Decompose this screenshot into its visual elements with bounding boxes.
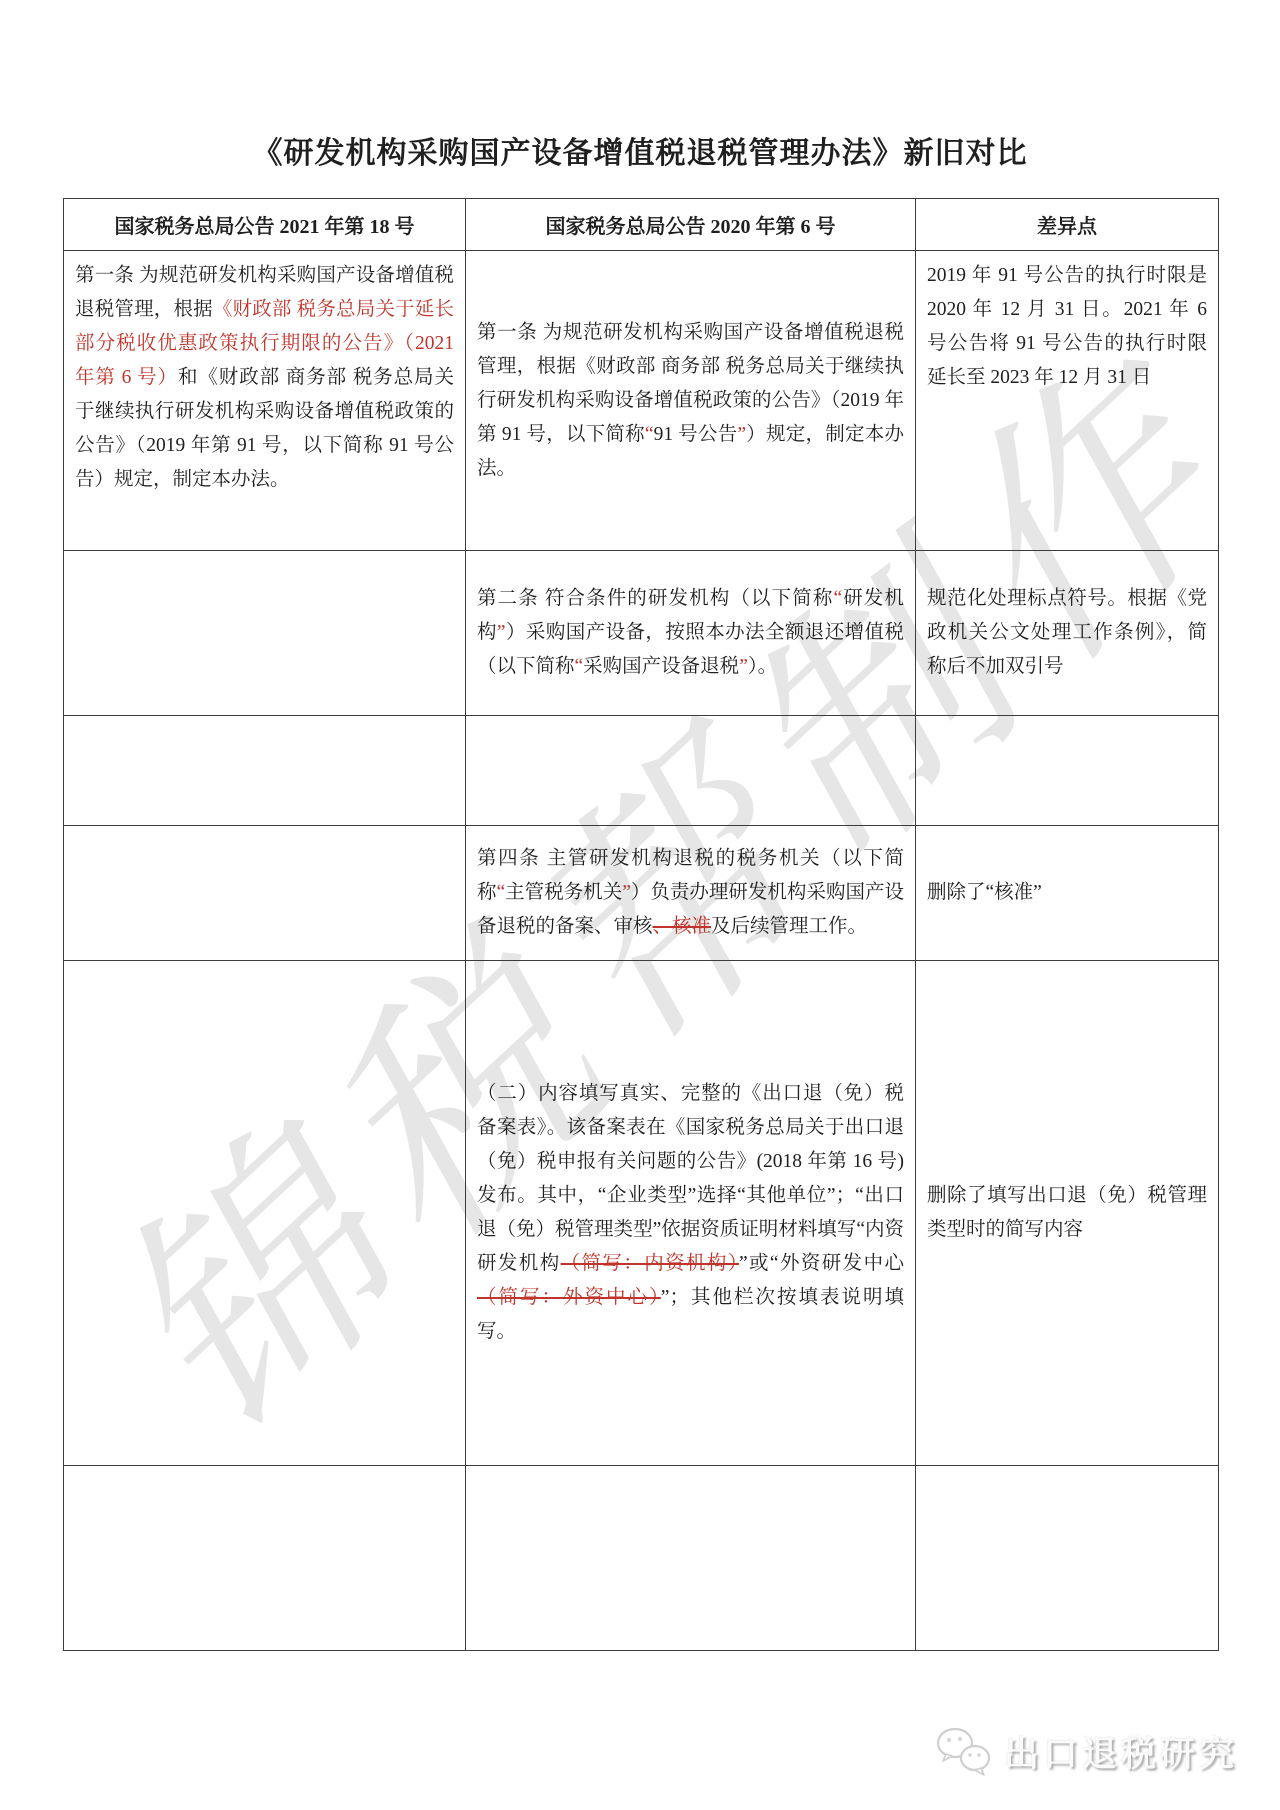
cell-article1-old: 第一条 为规范研发机构采购国产设备增值税退税管理，根据《财政部 商务部 税务总局…: [466, 251, 916, 551]
column-header-diff: 差异点: [916, 199, 1219, 251]
table-header-row: 国家税务总局公告 2021 年第 18 号 国家税务总局公告 2020 年第 6…: [64, 199, 1219, 251]
wechat-bubbles-icon: [934, 1726, 994, 1778]
cell-article4-diff: 删除了“核准”: [916, 826, 1219, 961]
cell-article2-old: 第二条 符合条件的研发机构（以下简称“研发机构”）采购国产设备，按照本办法全额退…: [466, 551, 916, 716]
table-row: （二）内容填写真实、完整的《出口退（免）税备案表》。该备案表在《国家税务总局关于…: [64, 961, 1219, 1466]
brand-logo: 出口退税研究: [934, 1726, 1238, 1778]
cell-article2-new: [64, 551, 466, 716]
cell-article5-new: [64, 961, 466, 1466]
comparison-table: 国家税务总局公告 2021 年第 18 号 国家税务总局公告 2020 年第 6…: [63, 198, 1219, 1651]
cell-article5-diff: 删除了填写出口退（免）税管理类型时的简写内容: [916, 961, 1219, 1466]
cell-article1-new: 第一条 为规范研发机构采购国产设备增值税退税管理，根据《财政部 税务总局关于延长…: [64, 251, 466, 551]
document-title: 《研发机构采购国产设备增值税退税管理办法》新旧对比: [0, 0, 1280, 172]
table-row: 第四条 主管研发机构退税的税务机关（以下简称“主管税务机关”）负责办理研发机构采…: [64, 826, 1219, 961]
cell-article5-old: （二）内容填写真实、完整的《出口退（免）税备案表》。该备案表在《国家税务总局关于…: [466, 961, 916, 1466]
cell-article6-new: [64, 1466, 466, 1651]
table-row: 第二条 符合条件的研发机构（以下简称“研发机构”）采购国产设备，按照本办法全额退…: [64, 551, 1219, 716]
document-page: 锦税帮制作 《研发机构采购国产设备增值税退税管理办法》新旧对比 国家税务总局公告…: [0, 0, 1280, 1810]
table-row: [64, 716, 1219, 826]
cell-article2-diff: 规范化处理标点符号。根据《党政机关公文处理工作条例》，简称后不加双引号: [916, 551, 1219, 716]
column-header-2021-no18: 国家税务总局公告 2021 年第 18 号: [64, 199, 466, 251]
cell-article3-diff: [916, 716, 1219, 826]
cell-article6-diff: [916, 1466, 1219, 1651]
table-row: 第一条 为规范研发机构采购国产设备增值税退税管理，根据《财政部 税务总局关于延长…: [64, 251, 1219, 551]
table-row: [64, 1466, 1219, 1651]
cell-article4-old: 第四条 主管研发机构退税的税务机关（以下简称“主管税务机关”）负责办理研发机构采…: [466, 826, 916, 961]
brand-name: 出口退税研究: [1004, 1727, 1238, 1777]
cell-article6-old: [466, 1466, 916, 1651]
cell-article3-new: [64, 716, 466, 826]
cell-article1-diff: 2019 年 91 号公告的执行时限是 2020 年 12 月 31 日。202…: [916, 251, 1219, 551]
column-header-2020-no6: 国家税务总局公告 2020 年第 6 号: [466, 199, 916, 251]
cell-article4-new: [64, 826, 466, 961]
cell-article3-old: [466, 716, 916, 826]
